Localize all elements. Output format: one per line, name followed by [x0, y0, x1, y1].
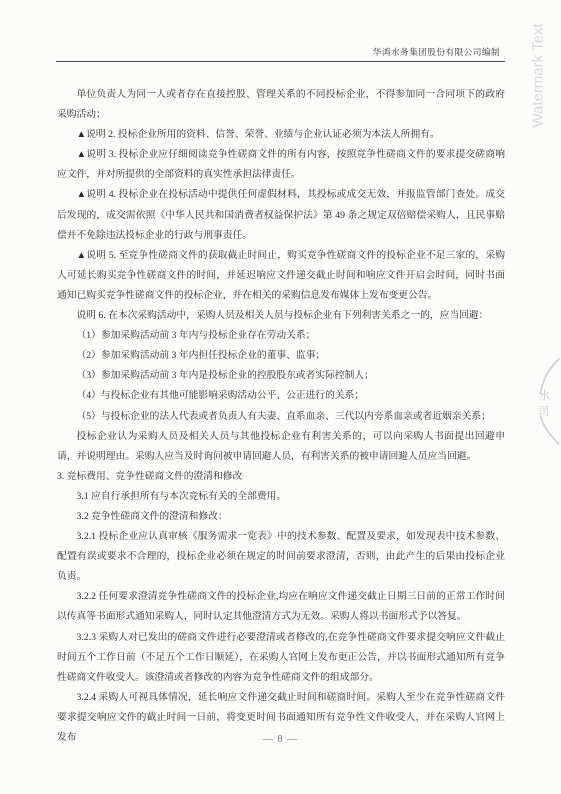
seal-char-top: 水	[539, 388, 550, 402]
seal-arc-top	[541, 359, 560, 394]
document-page: Watermark Text 华鸿水务集团股份有限公司编制 单位负责人为同一人或…	[0, 0, 561, 794]
partial-seal-stamp: 水 司	[500, 355, 561, 475]
paragraph: 3.2.3 采购人对已发出的磋商文件进行必要澄清或者修改的,在竞争性磋商文件要求…	[57, 628, 505, 688]
section-heading: 3. 竞标费用、竞争性磋商文件的澄清和修改	[57, 467, 505, 487]
seal-arc-bottom	[541, 416, 560, 444]
paragraph: 3.1 应自行承担所有与本次竞标有关的全部费用。	[57, 487, 505, 507]
document-body: 单位负责人为同一人或者存在直接控股、管理关系的不同投标企业，不得参加同一合同项下…	[57, 85, 505, 748]
page-number: — 8 —	[0, 734, 561, 745]
watermark-text: Watermark Text	[530, 11, 545, 141]
list-item: （1）参加采购活动前 3 年内与投标企业存在劳动关系；	[57, 326, 505, 346]
paragraph: 投标企业认为采购人员及相关人员与其他投标企业有利害关系的，可以向采购人书面提出回…	[57, 427, 505, 467]
list-item: （3）参加采购活动前 3 年内是投标企业的控股股东或者实际控制人；	[57, 366, 505, 386]
header-rule	[56, 61, 505, 62]
paragraph: 说明 6. 在本次采购活动中，采购人员及相关人员与投标企业有下列利害关系之一的，…	[57, 306, 505, 326]
paragraph: 单位负责人为同一人或者存在直接控股、管理关系的不同投标企业，不得参加同一合同项下…	[57, 85, 505, 125]
paragraph: ▲说明 4. 投标企业在投标活动中提供任何虚假材料，其投标或成交无效，并报监管部…	[57, 185, 505, 245]
header-company-title: 华鸿水务集团股份有限公司编制	[373, 46, 500, 58]
paragraph: ▲说明 5. 至竞争性磋商文件的获取截止时间止，购买竞争性磋商文件的投标企业不足…	[57, 246, 505, 306]
paragraph: ▲说明 2. 投标企业所用的资料、信誉、荣誉、业绩与企业认证必须为本法人所拥有。	[57, 125, 505, 145]
paragraph: ▲说明 3. 投标企业应仔细阅读竞争性磋商文件的所有内容，按照竞争性磋商文件的要…	[57, 145, 505, 185]
seal-char-bottom: 司	[538, 405, 549, 418]
list-item: （5）与投标企业的法人代表或者负责人有夫妻、直系血亲、三代以内旁系血亲或者近姻亲…	[57, 407, 505, 427]
paragraph: 3.2.2 任何要求澄清竞争性磋商文件的投标企业,均应在响应文件递交截止日期三日…	[57, 587, 505, 627]
paragraph: 3.2 竞争性磋商文件的澄清和修改：	[57, 507, 505, 527]
list-item: （2）参加采购活动前 3 年内担任投标企业的董事、监事；	[57, 346, 505, 366]
paragraph: 3.2.1 投标企业应认真审核《服务需求一览表》中的技术参数、配置及要求，如发现…	[57, 527, 505, 587]
list-item: （4）与投标企业有其他可能影响采购活动公平、公正进行的关系；	[57, 386, 505, 406]
